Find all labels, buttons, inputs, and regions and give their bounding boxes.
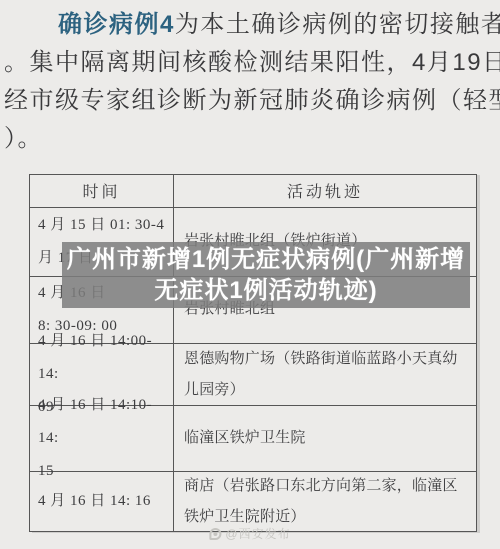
header-activity: 活动轨迹 — [174, 175, 476, 207]
intro-line-4: ）。 — [4, 120, 492, 158]
headline-line-1: 广州市新增1例无症状病例(广州新增 — [67, 244, 465, 275]
activity-cell: 临潼区铁炉卫生院 — [174, 423, 314, 454]
intro-line-3: 经市级专家组诊断为新冠肺炎确诊病例（轻型 — [4, 82, 492, 120]
activity-track-table: 时间 活动轨迹 4 月 15 日 01: 30-4 月 17 日 岩张村睢北组（… — [29, 174, 477, 532]
time-cell: 4 月 16 日 14: 16 — [30, 485, 153, 518]
table-header-row: 时间 活动轨迹 — [30, 175, 476, 208]
activity-cell: 商店（岩张路口东北方向第二家，临潼区铁炉卫生院附近） — [174, 471, 476, 533]
headline-line-2: 无症状1例活动轨迹) — [154, 275, 377, 306]
headline-overlay: 广州市新增1例无症状病例(广州新增 无症状1例活动轨迹) — [62, 242, 470, 308]
intro-line-1: 确诊病例4为本土确诊病例的密切接触者 — [4, 6, 492, 44]
activity-cell: 恩德购物广场（铁路街道临蓝路小天真幼儿园旁） — [174, 344, 476, 406]
intro-line-2: 。集中隔离期间核酸检测结果阳性，4月19日 — [4, 44, 492, 82]
intro-line-1-text: 为本土确诊病例的密切接触者 — [175, 11, 500, 38]
weibo-watermark: @西安发布 — [209, 525, 290, 542]
header-time: 时间 — [30, 175, 174, 207]
case-number-label: 确诊病例4 — [58, 11, 175, 38]
table-row: 4 月 16 日 14:10-14: 15 临潼区铁炉卫生院 — [30, 406, 476, 472]
document-photo: 确诊病例4为本土确诊病例的密切接触者 。集中隔离期间核酸检测结果阳性，4月19日… — [0, 0, 500, 549]
table-row: 4 月 16 日 14: 16 商店（岩张路口东北方向第二家，临潼区铁炉卫生院附… — [30, 472, 476, 531]
intro-paragraph: 确诊病例4为本土确诊病例的密切接触者 。集中隔离期间核酸检测结果阳性，4月19日… — [4, 6, 492, 158]
watermark-text: @西安发布 — [225, 525, 290, 542]
weibo-icon — [209, 528, 221, 540]
